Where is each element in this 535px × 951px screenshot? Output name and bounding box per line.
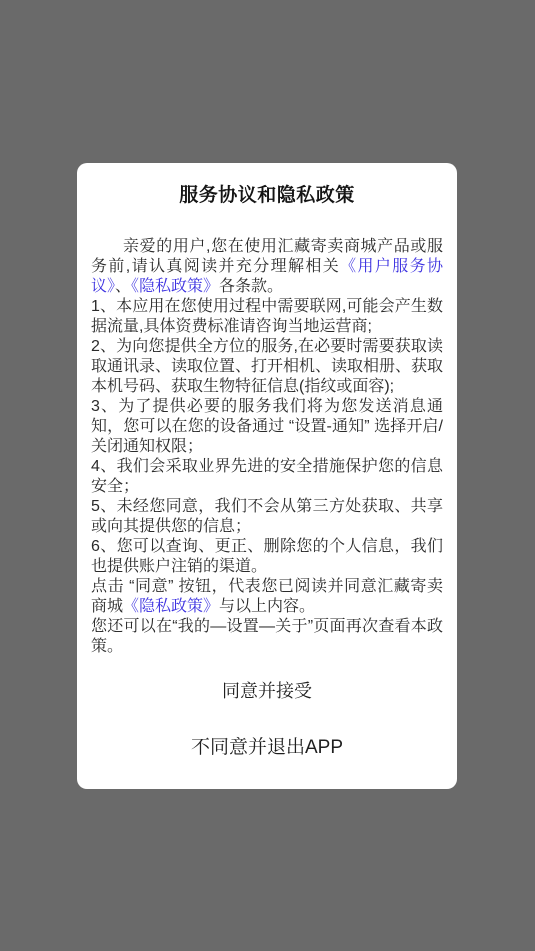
- reject-and-exit-button[interactable]: 不同意并退出APP: [91, 737, 443, 759]
- dimmed-backdrop: 服务协议和隐私政策 亲爱的用户,您在使用汇藏寄卖商城产品或服务前,请认真阅读并充…: [0, 0, 535, 951]
- privacy-policy-dialog: 服务协议和隐私政策 亲爱的用户,您在使用汇藏寄卖商城产品或服务前,请认真阅读并充…: [77, 163, 457, 789]
- clause-6-account: 6、您可以查询、更正、删除您的个人信息，我们也提供账户注销的渠道。: [91, 537, 443, 577]
- accept-button[interactable]: 同意并接受: [91, 681, 443, 701]
- intro-text-after: 各条款。: [219, 278, 283, 295]
- dialog-title: 服务协议和隐私政策: [91, 185, 443, 207]
- privacy-policy-link-footer[interactable]: 《隐私政策》: [123, 598, 219, 615]
- clause-3-notifications: 3、为了提供必要的服务我们将为您发送消息通知，您可以在您的设备通过 “设置-通知…: [91, 397, 443, 457]
- clause-2-permissions: 2、为向您提供全方位的服务,在必要时需要获取读取通讯录、读取位置、打开相机、读取…: [91, 337, 443, 397]
- agree-note-after: 与以上内容。: [219, 598, 315, 615]
- intro-link-separator: 、: [115, 278, 131, 295]
- privacy-policy-link[interactable]: 《隐私政策》: [131, 278, 219, 295]
- agree-note-paragraph: 点击 “同意” 按钮，代表您已阅读并同意汇藏寄卖商城《隐私政策》与以上内容。: [91, 577, 443, 617]
- dialog-body: 亲爱的用户,您在使用汇藏寄卖商城产品或服务前,请认真阅读并充分理解相关《用户服务…: [91, 237, 443, 657]
- review-note-paragraph: 您还可以在“我的—设置—关于”页面再次查看本政策。: [91, 617, 443, 657]
- clause-1-network: 1、本应用在您使用过程中需要联网,可能会产生数据流量,具体资费标准请咨询当地运营…: [91, 297, 443, 337]
- clause-4-security: 4、我们会采取业界先进的安全措施保护您的信息安全；: [91, 457, 443, 497]
- clause-5-third-party: 5、未经您同意，我们不会从第三方处获取、共享或向其提供您的信息；: [91, 497, 443, 537]
- intro-paragraph: 亲爱的用户,您在使用汇藏寄卖商城产品或服务前,请认真阅读并充分理解相关《用户服务…: [91, 237, 443, 297]
